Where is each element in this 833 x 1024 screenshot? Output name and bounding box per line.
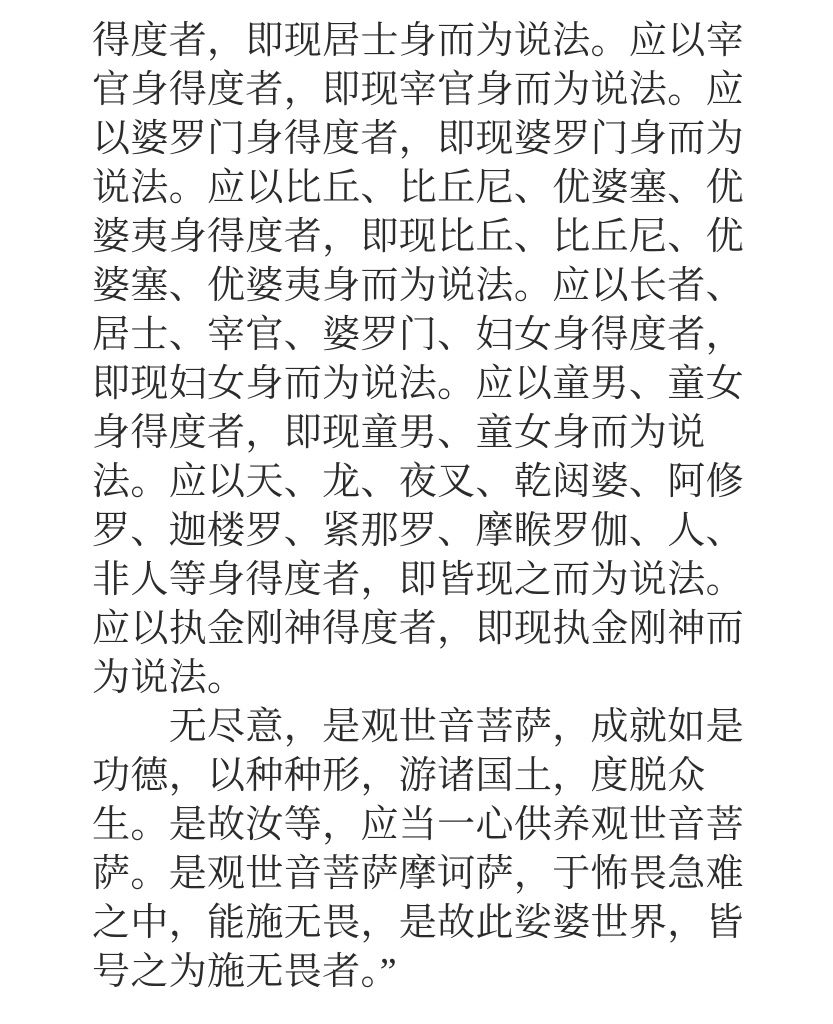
text-line: 婆夷身得度者，即现比丘、比丘尼、优 <box>92 213 792 262</box>
text-line: 身得度者，即现童男、童女身而为说 <box>92 409 792 458</box>
text-line: 法。应以天、龙、夜叉、乾闼婆、阿修 <box>92 458 792 507</box>
document-page: 得度者，即现居士身而为说法。应以宰 官身得度者，即现宰官身而为说法。应 以婆罗门… <box>0 0 833 1024</box>
text-line: 功德，以种种形，游诸国土，度脱众 <box>92 752 792 801</box>
text-line: 以婆罗门身得度者，即现婆罗门身而为 <box>92 115 792 164</box>
text-line: 萨。是观世音菩萨摩诃萨，于怖畏急难 <box>92 850 792 899</box>
text-line: 居士、宰官、婆罗门、妇女身得度者， <box>92 311 792 360</box>
text-line: 无尽意，是观世音菩萨，成就如是 <box>92 703 792 752</box>
text-line: 应以执金刚神得度者，即现执金刚神而 <box>92 605 792 654</box>
text-line: 非人等身得度者，即皆现之而为说法。 <box>92 556 792 605</box>
text-line: 官身得度者，即现宰官身而为说法。应 <box>92 66 792 115</box>
text-line: 罗、迦楼罗、紧那罗、摩睺罗伽、人、 <box>92 507 792 556</box>
text-line: 之中，能施无畏，是故此娑婆世界，皆 <box>92 899 792 948</box>
text-line: 为说法。 <box>92 654 792 703</box>
text-line: 即现妇女身而为说法。应以童男、童女 <box>92 360 792 409</box>
text-line: 婆塞、优婆夷身而为说法。应以长者、 <box>92 262 792 311</box>
text-line: 生。是故汝等，应当一心供养观世音菩 <box>92 801 792 850</box>
text-line: 得度者，即现居士身而为说法。应以宰 <box>92 17 792 66</box>
sutra-text-block: 得度者，即现居士身而为说法。应以宰 官身得度者，即现宰官身而为说法。应 以婆罗门… <box>92 17 792 997</box>
text-line: 说法。应以比丘、比丘尼、优婆塞、优 <box>92 164 792 213</box>
text-line: 号之为施无畏者。” <box>92 948 792 997</box>
